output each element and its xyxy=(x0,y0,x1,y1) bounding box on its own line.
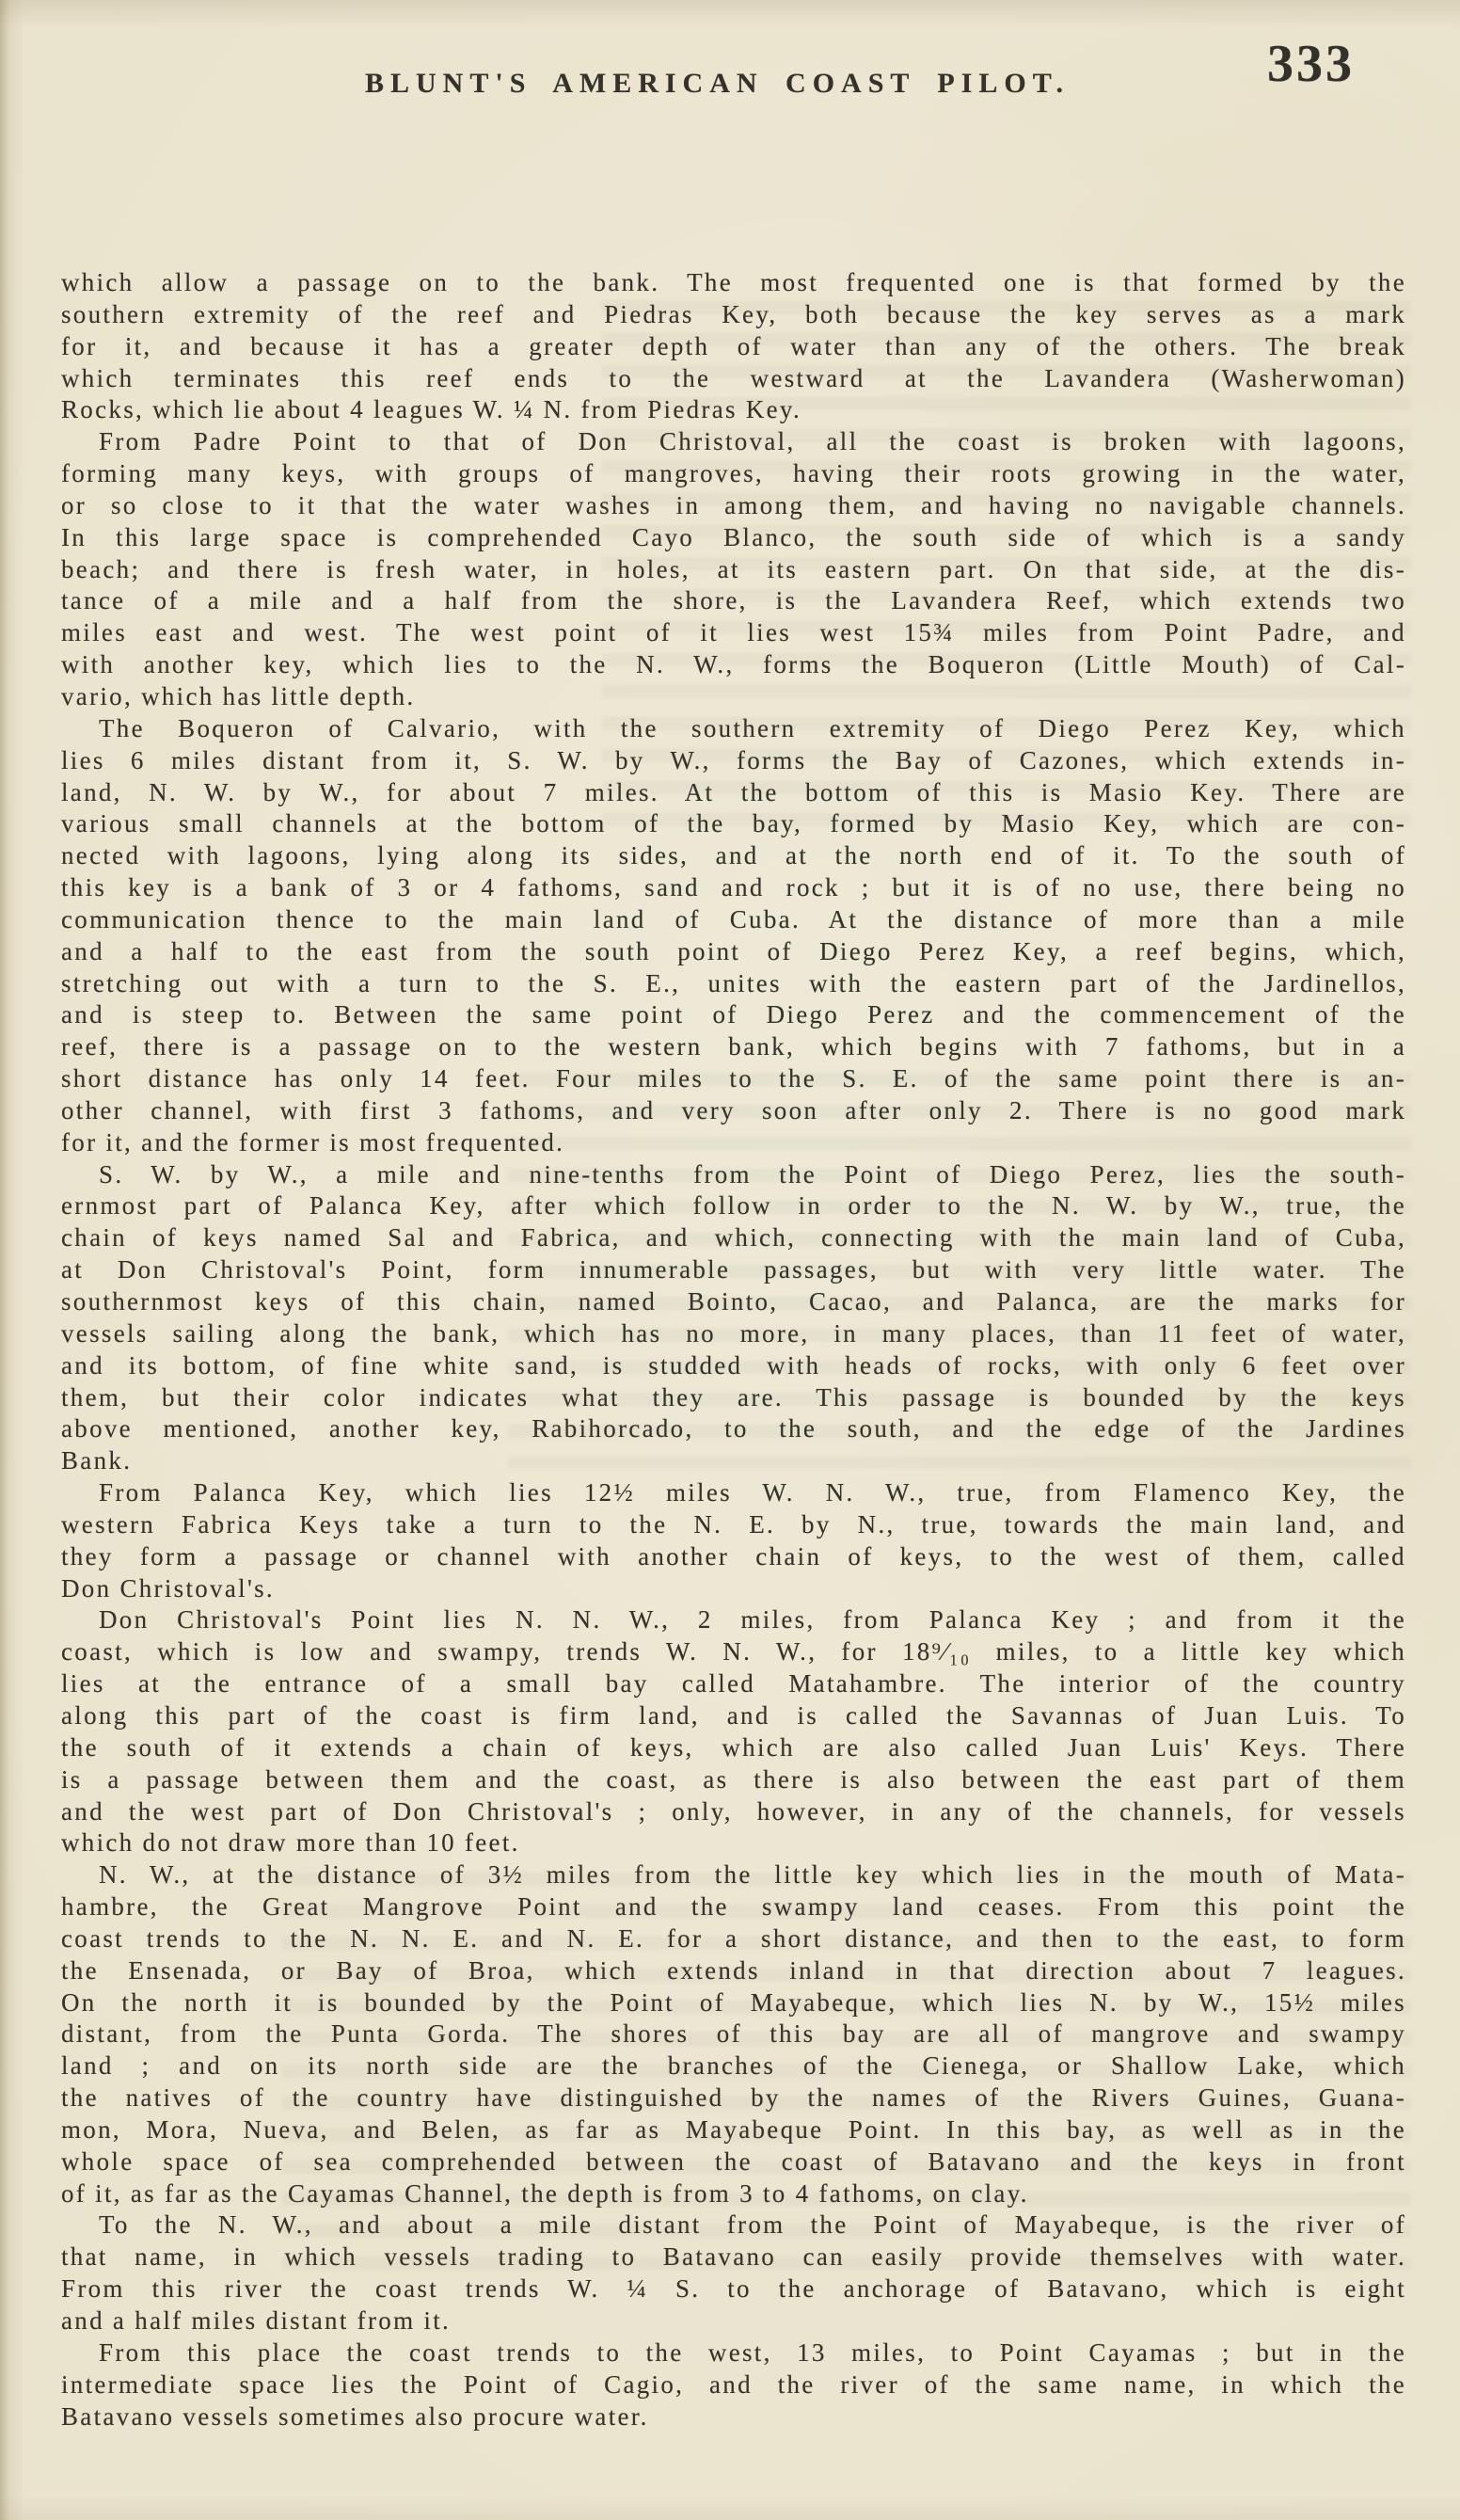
text-line: beach; and there is fresh water, in hole… xyxy=(61,554,1406,586)
text-line: From Padre Point to that of Don Christov… xyxy=(61,426,1406,458)
text-line: lies 6 miles distant from it, S. W. by W… xyxy=(61,745,1406,777)
text-line: or so close to it that the water washes … xyxy=(61,490,1406,522)
text-line: southernmost keys of this chain, named B… xyxy=(61,1286,1406,1318)
text-line: other channel, with first 3 fathoms, and… xyxy=(61,1095,1406,1127)
text-line: and is steep to. Between the same point … xyxy=(61,999,1406,1031)
text-line: hambre, the Great Mangrove Point and the… xyxy=(61,1891,1406,1923)
text-line: short distance has only 14 feet. Four mi… xyxy=(61,1063,1406,1095)
text-line: the natives of the country have distingu… xyxy=(61,2082,1406,2114)
text-line: that name, in which vessels trading to B… xyxy=(61,2241,1406,2273)
text-line: which allow a passage on to the bank. Th… xyxy=(61,267,1406,299)
text-line: Batavano vessels sometimes also procure … xyxy=(61,2401,1406,2433)
text-line: for it, and the former is most frequente… xyxy=(61,1127,1406,1159)
text-line: reef, there is a passage on to the weste… xyxy=(61,1031,1406,1063)
text-line: this key is a bank of 3 or 4 fathoms, sa… xyxy=(61,872,1406,904)
text-line: On the north it is bounded by the Point … xyxy=(61,1987,1406,2019)
text-line: coast, which is low and swampy, trends W… xyxy=(61,1636,1406,1668)
text-line: To the N. W., and about a mile distant f… xyxy=(61,2209,1406,2241)
text-line: and its bottom, of fine white sand, is s… xyxy=(61,1350,1406,1382)
paragraph: Don Christoval's Point lies N. N. W., 2 … xyxy=(61,1604,1406,1859)
paragraph: To the N. W., and about a mile distant f… xyxy=(61,2209,1406,2337)
text-line: is a passage between them and the coast,… xyxy=(61,1764,1406,1796)
paragraph: From Padre Point to that of Don Christov… xyxy=(61,426,1406,713)
text-line: which do not draw more than 10 feet. xyxy=(61,1827,1406,1859)
text-line: lies at the entrance of a small bay call… xyxy=(61,1668,1406,1700)
text-line: southern extremity of the reef and Piedr… xyxy=(61,299,1406,331)
running-title: BLUNT'S AMERICAN COAST PILOT. xyxy=(61,58,1373,100)
text-line: ernmost part of Palanca Key, after which… xyxy=(61,1190,1406,1222)
text-line: they form a passage or channel with anot… xyxy=(61,1541,1406,1573)
text-line: N. W., at the distance of 3½ miles from … xyxy=(61,1859,1406,1891)
text-line: at Don Christoval's Point, form innumera… xyxy=(61,1254,1406,1286)
paragraph: The Boqueron of Calvario, with the south… xyxy=(61,713,1406,1159)
text-line: and the west part of Don Christoval's ; … xyxy=(61,1796,1406,1828)
paragraph: From this place the coast trends to the … xyxy=(61,2337,1406,2433)
text-line: forming many keys, with groups of mangro… xyxy=(61,458,1406,490)
text-line: whole space of sea comprehended between … xyxy=(61,2146,1406,2178)
text-line: various small channels at the bottom of … xyxy=(61,808,1406,840)
paragraph: S. W. by W., a mile and nine-tenths from… xyxy=(61,1159,1406,1477)
text-line: nected with lagoons, lying along its sid… xyxy=(61,840,1406,872)
text-line: Don Christoval's. xyxy=(61,1573,1406,1605)
text-line: From this river the coast trends W. ¼ S.… xyxy=(61,2273,1406,2305)
text-line: distant, from the Punta Gorda. The shore… xyxy=(61,2018,1406,2050)
text-line: which terminates this reef ends to the w… xyxy=(61,363,1406,395)
page-header: BLUNT'S AMERICAN COAST PILOT. 333 xyxy=(61,58,1373,115)
text-line: and a half to the east from the south po… xyxy=(61,936,1406,968)
text-line: In this large space is comprehended Cayo… xyxy=(61,522,1406,554)
text-line: From this place the coast trends to the … xyxy=(61,2337,1406,2369)
text-line: coast trends to the N. N. E. and N. E. f… xyxy=(61,1923,1406,1955)
text-line: with another key, which lies to the N. W… xyxy=(61,649,1406,681)
text-line: land ; and on its north side are the bra… xyxy=(61,2050,1406,2082)
text-line: vessels sailing along the bank, which ha… xyxy=(61,1318,1406,1350)
text-line: From Palanca Key, which lies 12½ miles W… xyxy=(61,1477,1406,1509)
text-line: intermediate space lies the Point of Cag… xyxy=(61,2369,1406,2401)
text-block: which allow a passage on to the bank. Th… xyxy=(61,267,1406,2432)
text-line: communication thence to the main land of… xyxy=(61,904,1406,936)
text-line: mon, Mora, Nueva, and Belen, as far as M… xyxy=(61,2114,1406,2146)
text-line: vario, which has little depth. xyxy=(61,681,1406,713)
text-line: them, but their color indicates what the… xyxy=(61,1382,1406,1414)
text-line: chain of keys named Sal and Fabrica, and… xyxy=(61,1222,1406,1254)
text-line: above mentioned, another key, Rabihorcad… xyxy=(61,1413,1406,1445)
text-line: stretching out with a turn to the S. E.,… xyxy=(61,968,1406,1000)
text-line: land, N. W. by W., for about 7 miles. At… xyxy=(61,777,1406,809)
text-line: Bank. xyxy=(61,1445,1406,1477)
page-number: 333 xyxy=(1267,34,1355,94)
book-page: BLUNT'S AMERICAN COAST PILOT. 333 which … xyxy=(0,0,1460,2520)
paragraph: which allow a passage on to the bank. Th… xyxy=(61,267,1406,426)
paragraph: From Palanca Key, which lies 12½ miles W… xyxy=(61,1477,1406,1604)
text-line: Rocks, which lie about 4 leagues W. ¼ N.… xyxy=(61,394,1406,426)
text-line: Don Christoval's Point lies N. N. W., 2 … xyxy=(61,1604,1406,1636)
text-line: the south of it extends a chain of keys,… xyxy=(61,1732,1406,1764)
text-line: and a half miles distant from it. xyxy=(61,2305,1406,2337)
text-line: S. W. by W., a mile and nine-tenths from… xyxy=(61,1159,1406,1191)
text-line: the Ensenada, or Bay of Broa, which exte… xyxy=(61,1955,1406,1987)
text-line: of it, as far as the Cayamas Channel, th… xyxy=(61,2178,1406,2210)
text-line: along this part of the coast is firm lan… xyxy=(61,1700,1406,1732)
paragraph: N. W., at the distance of 3½ miles from … xyxy=(61,1859,1406,2209)
text-line: tance of a mile and a half from the shor… xyxy=(61,585,1406,617)
text-line: miles east and west. The west point of i… xyxy=(61,617,1406,649)
text-line: western Fabrica Keys take a turn to the … xyxy=(61,1509,1406,1541)
text-line: for it, and because it has a greater dep… xyxy=(61,331,1406,363)
text-line: The Boqueron of Calvario, with the south… xyxy=(61,713,1406,745)
